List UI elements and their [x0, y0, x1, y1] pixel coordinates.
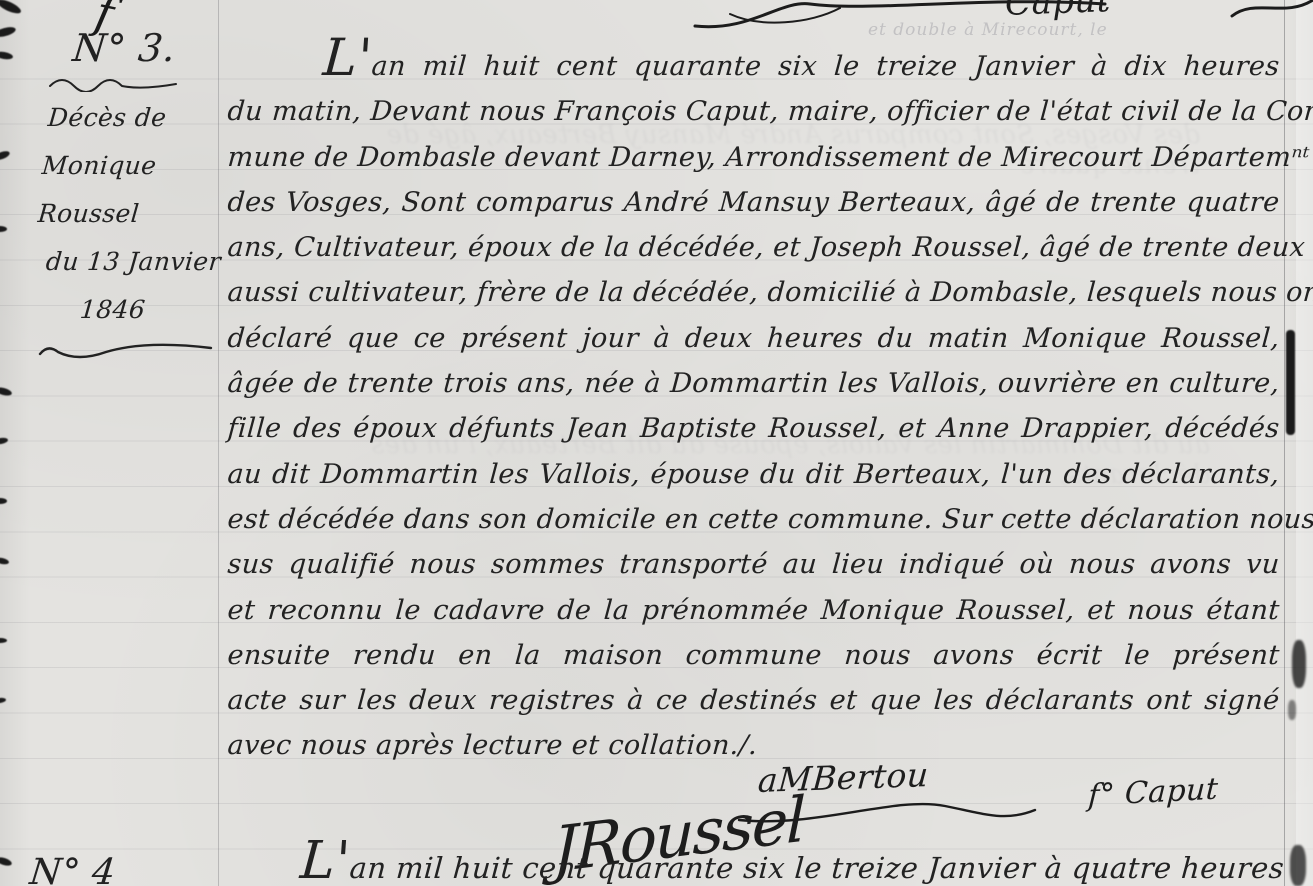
manuscript-line: au dit Dommartin les Vallois, épouse du … [226, 452, 1281, 497]
binding-mark [0, 498, 7, 504]
next-record-first-line: L'an mil huit cent quarante six le treiz… [299, 848, 1312, 885]
scanned-register-page: f Caput et double à Mirecourt, le des Vo… [0, 0, 1313, 886]
page-edge-strip [1296, 0, 1313, 886]
margin-annotation-column: N° 3. Décès de Monique Roussel du 13 Jan… [38, 26, 213, 362]
binding-mark [0, 638, 7, 643]
margin-flourish-icon [38, 340, 213, 360]
binding-mark [0, 226, 7, 232]
previous-record-officer-signature: Caput [1004, 0, 1111, 24]
edge-ink-mark [1290, 845, 1306, 886]
manuscript-line: du matin, Devant nous François Caput, ma… [226, 89, 1281, 134]
signature-caput: f° Caput [1087, 772, 1219, 814]
binding-mark [0, 50, 13, 60]
binding-mark [0, 25, 17, 38]
manuscript-line: aussi cultivateur, frère de la décédée, … [226, 270, 1281, 315]
manuscript-line: L'an mil huit cent quarante six le treiz… [226, 44, 1281, 89]
margin-caption-line: Monique [36, 142, 215, 190]
manuscript-line: acte sur les deux registres à ce destiné… [226, 678, 1281, 723]
record-body-text: L'an mil huit cent quarante six le treiz… [226, 44, 1278, 769]
margin-caption-line: 1846 [36, 286, 215, 334]
next-record-number: N° 4 [28, 852, 118, 886]
binding-mark [0, 437, 8, 445]
margin-caption-line: du 13 Janvier [36, 238, 215, 286]
manuscript-line: avec nous après lecture et collation./. [226, 723, 1281, 768]
margin-flourish-icon [48, 76, 178, 92]
binding-mark [0, 0, 23, 16]
edge-ink-mark [1286, 330, 1295, 435]
binding-mark [0, 856, 13, 868]
binding-mark [0, 386, 13, 397]
manuscript-line: âgée de trente trois ans, née à Dommarti… [226, 361, 1281, 406]
binding-mark [0, 697, 6, 704]
manuscript-line: ensuite rendu en la maison commune nous … [226, 633, 1281, 678]
manuscript-line: et reconnu le cadavre de la prénommée Mo… [226, 588, 1281, 633]
manuscript-line: est décédée dans son domicile en cette c… [226, 497, 1281, 542]
page-edge-line [1284, 0, 1285, 886]
margin-caption-line: Décès de [36, 94, 215, 142]
manuscript-line: des Vosges, Sont comparus André Mansuy B… [226, 180, 1281, 225]
manuscript-line: déclaré que ce présent jour à deux heure… [226, 316, 1281, 361]
binding-mark [0, 149, 11, 161]
margin-rule-line [218, 0, 219, 886]
edge-ink-mark [1288, 700, 1296, 720]
manuscript-line: ans, Cultivateur, époux de la décédée, e… [226, 225, 1281, 270]
margin-caption-line: Roussel [36, 190, 215, 238]
edge-ink-mark [1292, 640, 1306, 688]
manuscript-line: mune de Dombasle devant Darney, Arrondis… [226, 135, 1281, 180]
manuscript-line: fille des époux défunts Jean Baptiste Ro… [226, 406, 1281, 451]
record-number: N° 3. [36, 26, 216, 70]
corner-flourish-icon [1230, 0, 1313, 20]
binding-mark [0, 557, 9, 566]
manuscript-line: sus qualifié nous sommes transporté au l… [226, 542, 1281, 587]
